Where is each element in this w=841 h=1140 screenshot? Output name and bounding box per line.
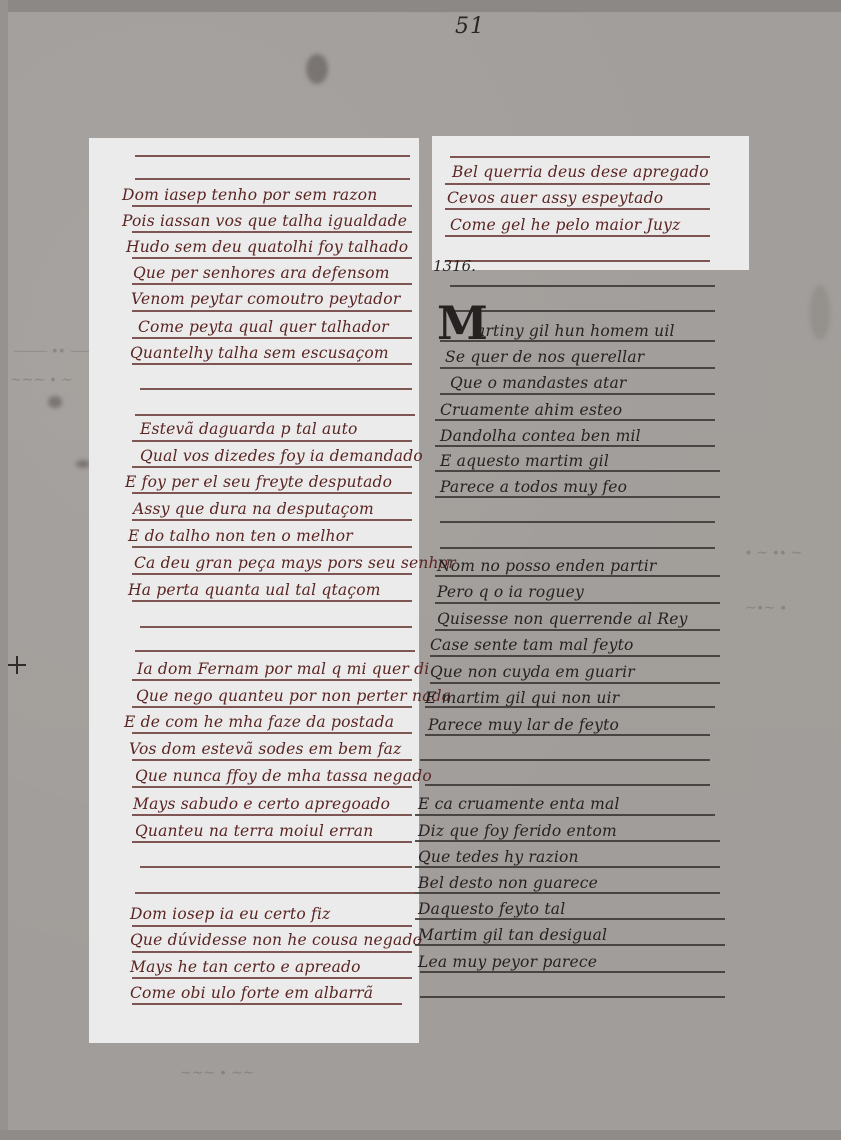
page-top-edge [0,0,841,12]
verse-line: Vos dom estevã sodes em bem faz [129,740,401,758]
verse-line: E ca cruamente enta mal [418,795,620,813]
year-marker: 1316. [433,257,476,275]
verse-line: Come peyta qual quer talhador [138,318,389,336]
ruled-line [420,996,725,998]
ruled-line [132,337,412,339]
verse-line: Dandolha contea ben mil [440,427,641,445]
ruled-line [132,600,412,602]
ruled-line [415,840,720,842]
verse-line: Assy que dura na desputaçom [133,500,374,518]
registration-mark-icon [8,656,26,674]
verse-line: Nom no posso enden partir [437,557,657,575]
verse-line: Cevos auer assy espeytado [447,189,663,207]
ruled-line [435,470,720,472]
ruled-line [430,682,720,684]
ruled-line [450,285,715,287]
verse-line: Que per senhores ara defensom [133,264,390,282]
folio-number: 51 [455,14,485,39]
verse-line: Cruamente ahim esteo [440,401,622,419]
ruled-line [450,156,710,158]
ruled-line [445,235,710,237]
ruled-line [140,626,412,628]
ruled-line [132,951,412,953]
ruled-line [415,892,720,894]
ruled-line [415,866,720,868]
ruled-line [440,340,715,342]
ruled-line [132,977,412,979]
verse-line: Que nunca ffoy de mha tassa negado [135,767,432,785]
page-left-edge [0,0,8,1140]
ruled-line [445,260,710,262]
manuscript-page: 51 ⸻ ∙∙ ⸻ ∼∼∼ ∙ ∼ ∙ ∼ ∙∙ ∼ ∼∙∼ ∙ ∼∼∼ ∙ ∼… [0,0,841,1140]
ruled-line [420,971,725,973]
verse-line: Martim gil tan desigual [418,926,607,944]
verse-line: Pois iassan vos que talha igualdade [122,212,407,230]
ruled-line [135,650,415,652]
ruled-line [445,183,710,185]
verse-line: Venom peytar comoutro peytador [131,290,400,308]
ruled-line [132,679,412,681]
ruled-line [435,629,720,631]
ink-stain [810,285,830,340]
verse-line: Lea muy peyor parece [418,953,597,971]
verse-line: Quisesse non querrende al Rey [437,610,688,628]
ruled-line [425,784,710,786]
verse-line: Pero q o ia roguey [437,583,584,601]
bleed-through-text: ∙ ∼ ∙∙ ∼ [745,545,802,561]
ruled-line [132,466,412,468]
ruled-line [140,866,412,868]
ruled-line [415,944,725,946]
ruled-line [132,283,412,285]
ruled-line [135,892,415,894]
bleed-through-text: ∼∙∼ ∙ [745,600,787,616]
page-bottom-edge [0,1130,841,1140]
verse-line: Dom iasep tenho por sem razon [122,186,377,204]
ink-stain [76,460,90,468]
ruled-line [140,388,412,390]
ruled-line [445,208,710,210]
verse-line: Hudo sem deu quatolhi foy talhado [126,238,408,256]
ruled-line [425,734,710,736]
ruled-line [420,759,710,761]
ruled-line [440,521,715,523]
ruled-line [132,925,412,927]
ruled-line [132,759,412,761]
verse-line: Quantelhy talha sem escusaçom [130,344,389,362]
bleed-through-text: ∼∼∼ ∙ ∼∼ [180,1065,254,1081]
ink-stain [306,54,328,84]
verse-line: Bel querria deus dese apregado [452,163,709,181]
ruled-line [132,440,412,442]
ruled-line [132,492,412,494]
ruled-line [440,393,715,395]
ruled-line [132,310,412,312]
verse-line: E de com he mha faze da postada [124,713,394,731]
ruled-line [132,706,412,708]
verse-line: Quanteu na terra moiul erran [135,822,373,840]
ruled-line [132,1003,402,1005]
verse-line: E foy per el seu freyte desputado [125,473,392,491]
verse-line: artiny gil hun homem uil [476,322,675,340]
ruled-line [435,419,715,421]
verse-line: Ia dom Fernam por mal q mi quer di [137,660,429,678]
verse-line: Que dúvidesse non he cousa negado [130,931,422,949]
verse-line: Come obi ulo forte em albarrã [130,984,373,1002]
verse-line: Que o mandastes atar [450,374,627,392]
ruled-line [440,547,715,549]
ruled-line [132,814,412,816]
ruled-line [132,546,412,548]
ruled-line [132,732,412,734]
bleed-through-text: ∼∼∼ ∙ ∼ [10,372,73,388]
verse-line: Daquesto feyto tal [418,900,565,918]
ruled-line [132,363,412,365]
verse-line: Parece muy lar de feyto [428,716,619,734]
ruled-line [135,178,410,180]
ruled-line [435,496,720,498]
verse-line: Parece a todos muy feo [440,478,627,496]
verse-line: Dom iosep ia eu certo fiz [130,905,330,923]
ruled-line [415,814,715,816]
verse-line: Que tedes hy razion [418,848,579,866]
ruled-line [135,155,410,157]
ruled-line [132,231,412,233]
verse-line: Case sente tam mal feyto [430,636,634,654]
ruled-line [132,519,412,521]
ruled-line [132,573,412,575]
ruled-line [440,367,715,369]
verse-line: Mays he tan certo e apreado [130,958,361,976]
verse-line: Qual vos dizedes foy ia demandado [140,447,423,465]
verse-line: E martim gil qui non uir [425,689,619,707]
ruled-line [450,310,715,312]
verse-line: Diz que foy ferido entom [418,822,617,840]
verse-line: Ha perta quanta ual tal qtaçom [128,581,381,599]
ruled-line [135,414,415,416]
verse-line: Bel desto non guarece [418,874,598,892]
verse-line: Mays sabudo e certo apregoado [133,795,390,813]
verse-line: E aquesto martim gil [440,452,609,470]
ruled-line [435,575,720,577]
ruled-line [435,445,715,447]
verse-line: Que nego quanteu por non perter nada [136,687,451,705]
ruled-line [430,655,720,657]
ruled-line [132,841,412,843]
ruled-line [415,918,725,920]
ruled-line [132,205,412,207]
ruled-line [425,706,715,708]
ruled-line [435,602,720,604]
verse-line: Se quer de nos querellar [445,348,644,366]
ruled-line [132,786,412,788]
verse-line: Estevã daguarda p tal auto [140,420,358,438]
ruled-line [132,257,412,259]
verse-line: Que non cuyda em guarir [430,663,635,681]
verse-line: Ca deu gran peça mays pors seu senhor [134,554,456,572]
verse-line: E do talho non ten o melhor [128,527,353,545]
ink-stain [48,396,62,408]
verse-line: Come gel he pelo maior Juyz [450,216,680,234]
